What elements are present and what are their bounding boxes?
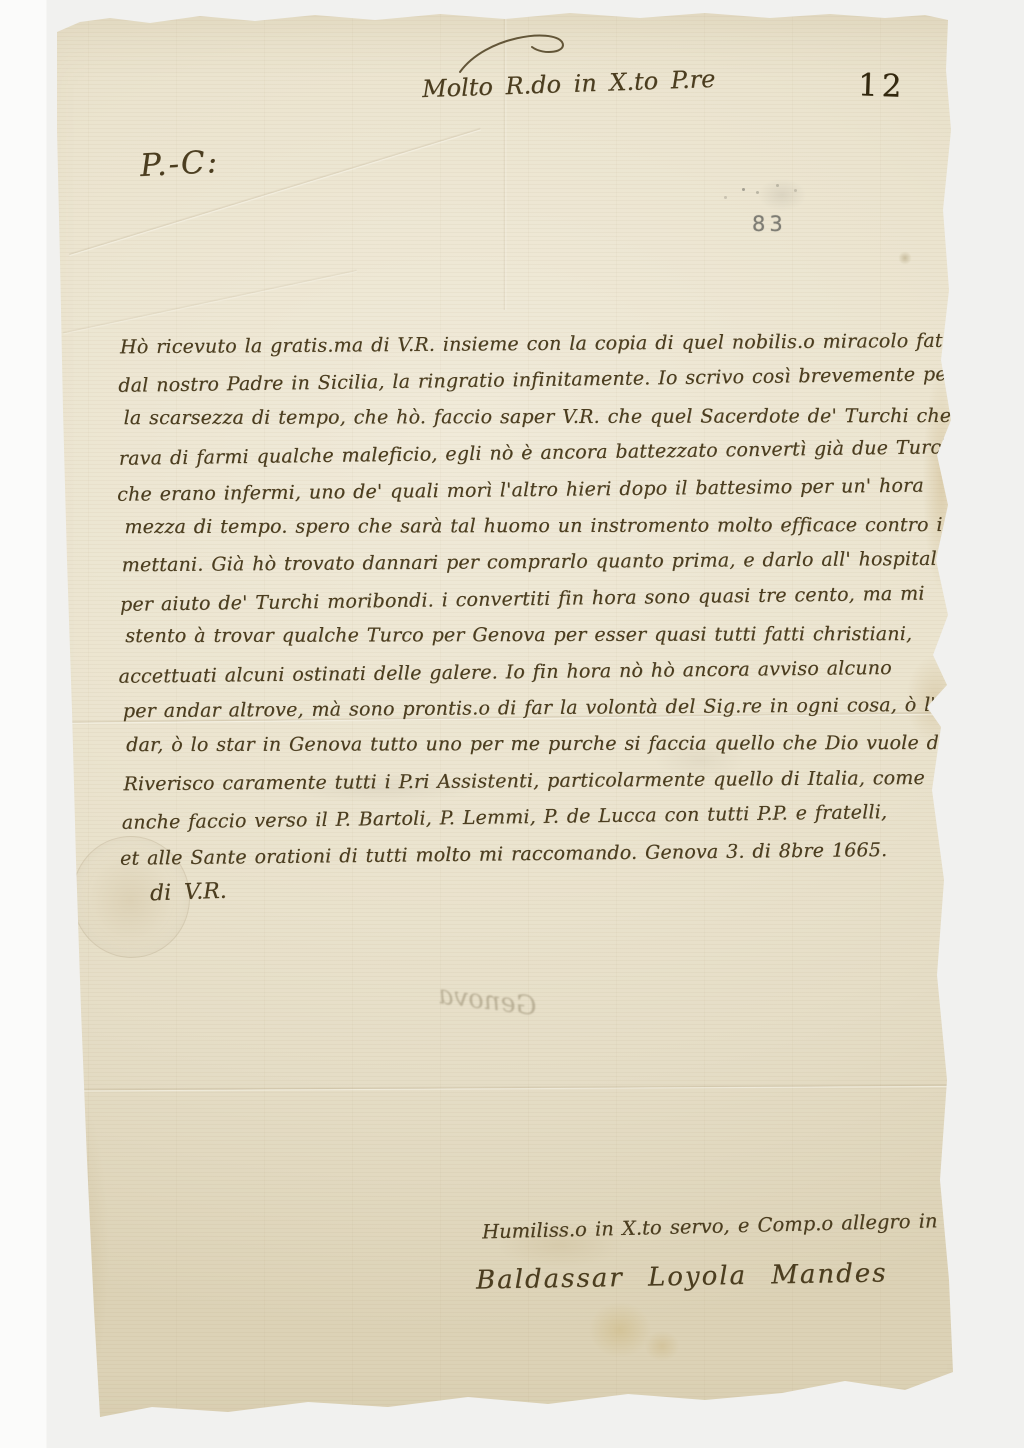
- page-number: 12: [857, 67, 906, 105]
- letter-line: dar, ò lo star in Genova tutto uno per m…: [126, 725, 947, 764]
- letter-page: Molto R.do in X.to P.re 12 P.-C: 83 Hò r…: [0, 0, 1024, 1448]
- letter-line: stento à trovar qualche Turco per Genova…: [125, 616, 946, 655]
- letter-line: mezza di tempo. spero che sarà tal huomo…: [124, 507, 945, 546]
- archive-stamp-number: 83: [752, 212, 787, 236]
- letter-body: Hò ricevuto la gratis.ma di V.R. insieme…: [120, 323, 948, 876]
- valediction: di V.R.: [150, 879, 228, 907]
- pax-christi-monogram: P.-C:: [139, 144, 220, 184]
- pencil-marks: [742, 188, 745, 191]
